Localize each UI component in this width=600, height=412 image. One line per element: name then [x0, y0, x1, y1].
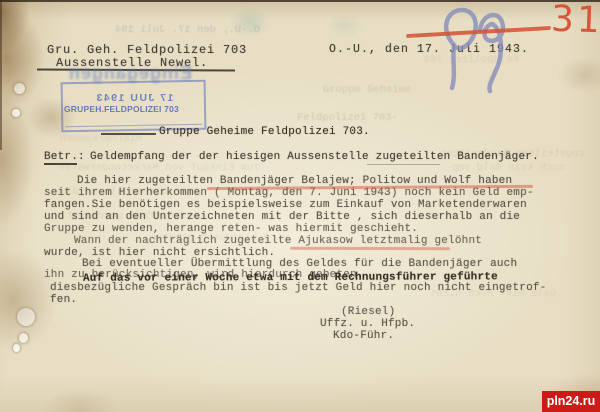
punch-hole	[13, 344, 20, 352]
pencil-scribble	[432, 0, 562, 100]
subject-label-underline	[44, 163, 77, 165]
body-line: Wann der nachträglich zugeteilte Ajukaso…	[44, 235, 482, 247]
recipient-dash	[101, 133, 156, 135]
bleedthrough-text: Feldpolizei 703-	[297, 112, 398, 124]
signature-name: (Riesel)	[341, 306, 395, 318]
page-number-annotation: 311	[550, 0, 600, 42]
punch-hole	[17, 308, 35, 326]
subject-word-underline	[367, 164, 440, 165]
bleedthrough-text: Gruppe Geheime	[323, 84, 411, 96]
document-page: O.-U., den 17. Juli 194 Gruppe Geheime F…	[0, 0, 600, 412]
signature-role: Kdo-Führ.	[333, 330, 394, 342]
punch-hole	[14, 83, 25, 94]
recipient-line: Gruppe Geheime Feldpolizei 703.	[159, 126, 370, 138]
red-underline-ajukasow	[290, 247, 450, 251]
body-line: und sind an den Unterzeichneten mit der …	[44, 211, 520, 223]
subject-label: Betr.:	[44, 151, 85, 163]
body-line: Gruppe zu wenden, herange reten- was hie…	[44, 223, 418, 235]
stamp-unit: GRUPEH.FELDPOLIZEI 703	[64, 104, 179, 114]
bleedthrough-text: zum Einkauf von Marketenderwaren	[58, 162, 260, 174]
punch-hole	[19, 333, 28, 343]
bleedthrough-text: O.-U., den 17. Juli 194	[115, 24, 260, 36]
stamp-date: 17 JUU 1943	[95, 92, 173, 104]
body-line: fen.	[44, 294, 77, 306]
subject-text: Geldempfang der der hiesigen Aussenstell…	[90, 151, 539, 163]
scan-edge-top	[0, 0, 600, 2]
punch-hole	[12, 109, 20, 117]
signature-rank: Uffz. u. Hfpb.	[320, 318, 415, 330]
body-line: fangen.Sie benötigen es beispielsweise z…	[44, 199, 527, 211]
site-watermark: pln24.ru	[542, 391, 600, 412]
bleedthrough-text: noch kein Geld emp-	[445, 162, 565, 174]
scan-edge-left	[0, 0, 2, 150]
sender-unit: Gru. Geh. Feldpolizei 703	[47, 44, 247, 56]
body-line: diesbezügliche Gespräch bin ist bis jetz…	[44, 282, 546, 294]
